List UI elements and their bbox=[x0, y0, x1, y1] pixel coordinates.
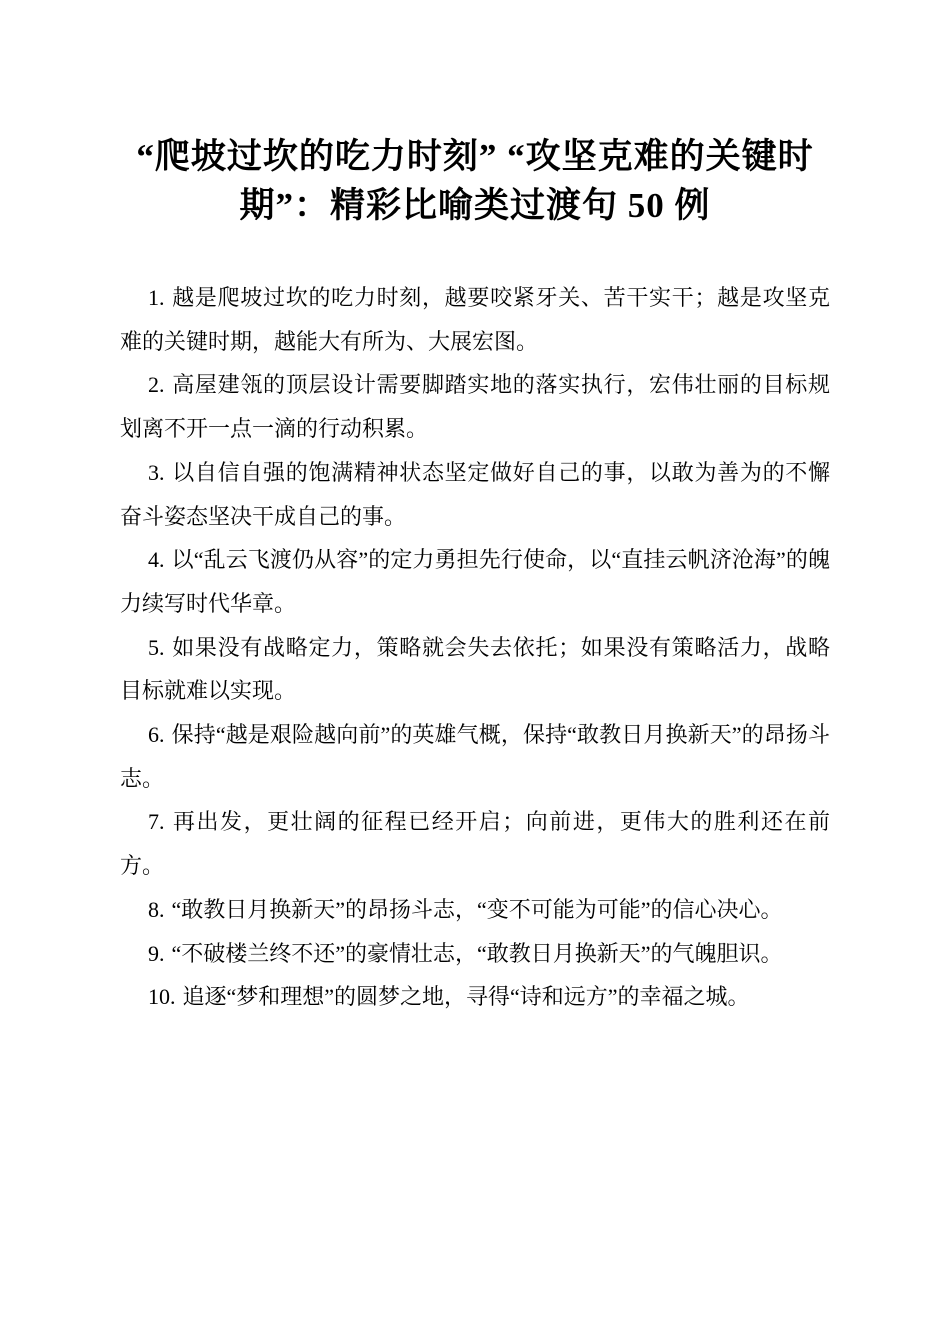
list-item-9: 9.“不破楼兰终不还”的豪情壮志，“敢教日月换新天”的气魄胆识。 bbox=[120, 932, 830, 976]
document-body: 1.越是爬坡过坎的吃力时刻，越要咬紧牙关、苦干实干；越是攻坚克难的关键时期，越能… bbox=[120, 276, 830, 1019]
document-title: “爬坡过坎的吃力时刻” “攻坚克难的关键时期”：精彩比喻类过渡句 50 例 bbox=[120, 132, 830, 230]
list-item-10: 10.追逐“梦和理想”的圆梦之地，寻得“诗和远方”的幸福之城。 bbox=[120, 975, 830, 1019]
item-number: 2. bbox=[148, 372, 165, 397]
item-text: 以“乱云飞渡仍从容”的定力勇担先行使命，以“直挂云帆济沧海”的魄力续写时代华章。 bbox=[120, 547, 830, 616]
item-text: 高屋建瓴的顶层设计需要脚踏实地的落实执行，宏伟壮丽的目标规划离不开一点一滴的行动… bbox=[120, 372, 830, 441]
item-text: 越是爬坡过坎的吃力时刻，越要咬紧牙关、苦干实干；越是攻坚克难的关键时期，越能大有… bbox=[120, 285, 830, 354]
list-item-4: 4.以“乱云飞渡仍从容”的定力勇担先行使命，以“直挂云帆济沧海”的魄力续写时代华… bbox=[120, 538, 830, 625]
item-text: 保持“越是艰险越向前”的英雄气概，保持“敢教日月换新天”的昂扬斗志。 bbox=[120, 722, 830, 791]
list-item-5: 5.如果没有战略定力，策略就会失去依托；如果没有策略活力，战略目标就难以实现。 bbox=[120, 626, 830, 713]
list-item-8: 8.“敢教日月换新天”的昂扬斗志，“变不可能为可能”的信心决心。 bbox=[120, 888, 830, 932]
list-item-7: 7.再出发，更壮阔的征程已经开启；向前进，更伟大的胜利还在前方。 bbox=[120, 800, 830, 887]
item-number: 5. bbox=[148, 635, 165, 660]
list-item-6: 6.保持“越是艰险越向前”的英雄气概，保持“敢教日月换新天”的昂扬斗志。 bbox=[120, 713, 830, 800]
item-number: 6. bbox=[148, 722, 165, 747]
item-number: 9. bbox=[148, 941, 165, 966]
item-text: “敢教日月换新天”的昂扬斗志，“变不可能为可能”的信心决心。 bbox=[172, 897, 783, 922]
list-item-3: 3.以自信自强的饱满精神状态坚定做好自己的事，以敢为善为的不懈奋斗姿态坚决干成自… bbox=[120, 451, 830, 538]
item-number: 7. bbox=[148, 809, 165, 834]
item-number: 4. bbox=[148, 547, 165, 572]
list-item-2: 2.高屋建瓴的顶层设计需要脚踏实地的落实执行，宏伟壮丽的目标规划离不开一点一滴的… bbox=[120, 363, 830, 450]
item-text: 再出发，更壮阔的征程已经开启；向前进，更伟大的胜利还在前方。 bbox=[120, 809, 830, 878]
item-text: 追逐“梦和理想”的圆梦之地，寻得“诗和远方”的幸福之城。 bbox=[183, 984, 750, 1009]
item-text: 以自信自强的饱满精神状态坚定做好自己的事，以敢为善为的不懈奋斗姿态坚决干成自己的… bbox=[120, 460, 830, 529]
item-text: 如果没有战略定力，策略就会失去依托；如果没有策略活力，战略目标就难以实现。 bbox=[120, 635, 830, 704]
item-number: 8. bbox=[148, 897, 165, 922]
item-number: 3. bbox=[148, 460, 165, 485]
item-text: “不破楼兰终不还”的豪情壮志，“敢教日月换新天”的气魄胆识。 bbox=[172, 941, 783, 966]
list-item-1: 1.越是爬坡过坎的吃力时刻，越要咬紧牙关、苦干实干；越是攻坚克难的关键时期，越能… bbox=[120, 276, 830, 363]
item-number: 1. bbox=[148, 285, 165, 310]
document-page: “爬坡过坎的吃力时刻” “攻坚克难的关键时期”：精彩比喻类过渡句 50 例 1.… bbox=[0, 0, 950, 1344]
item-number: 10. bbox=[148, 984, 176, 1009]
